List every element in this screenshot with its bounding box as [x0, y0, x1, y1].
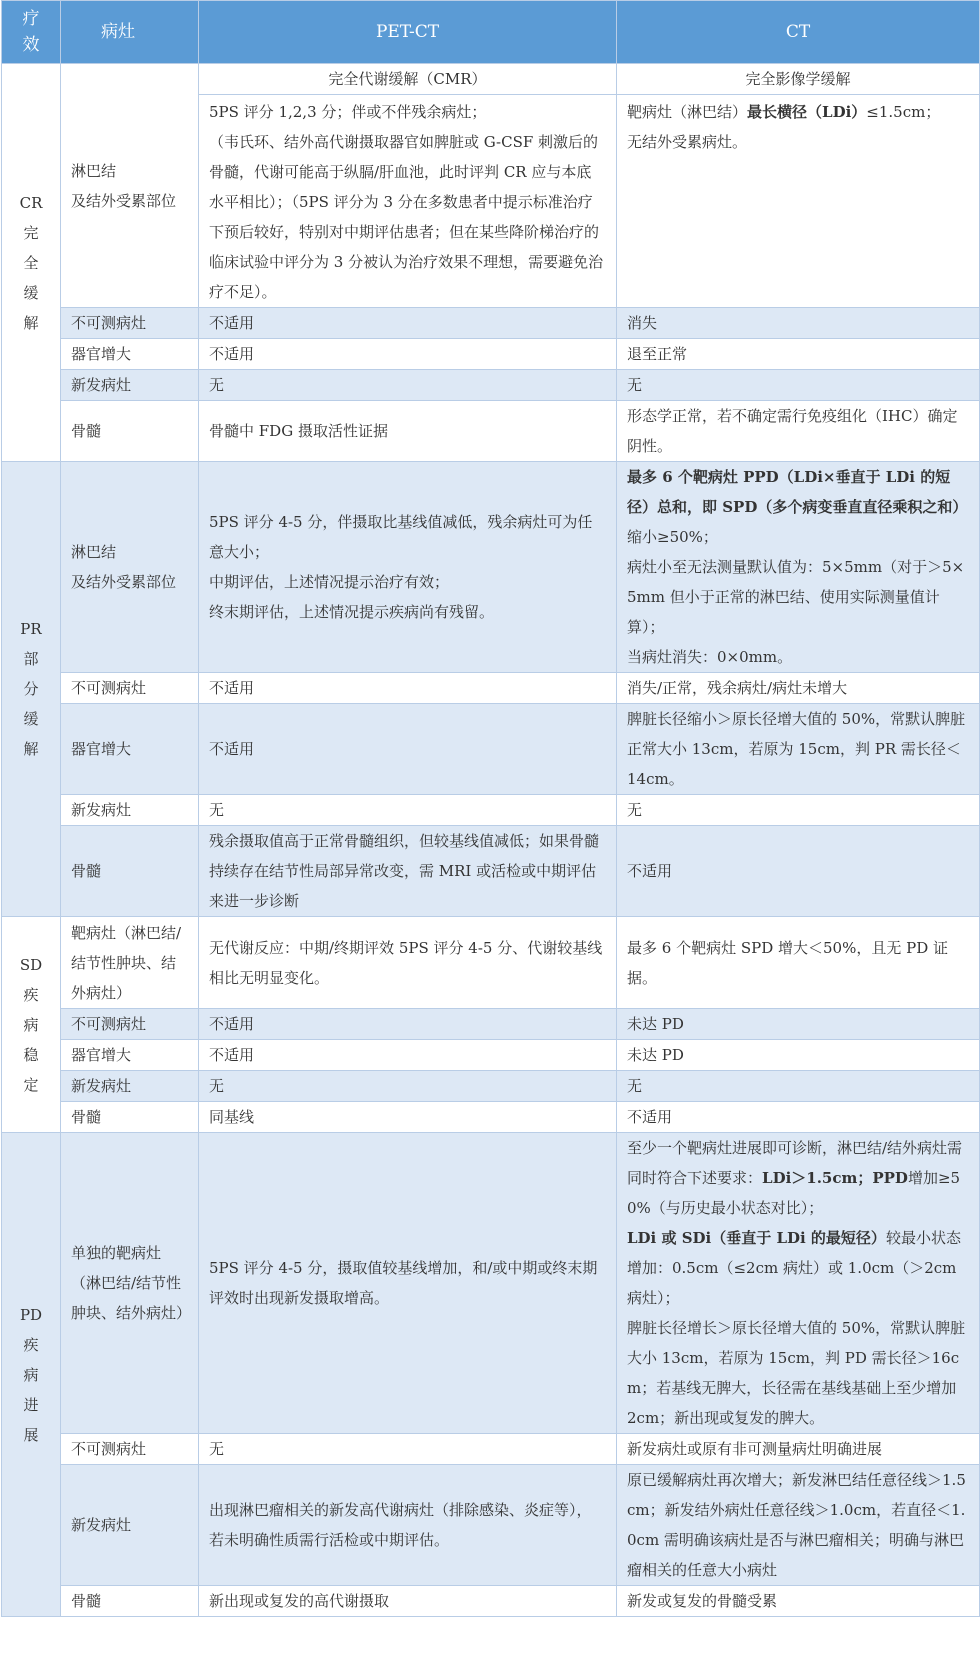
petct-cell: 新出现或复发的高代谢摄取 — [199, 1586, 617, 1617]
petct-cell: 不适用 — [199, 1009, 617, 1040]
ct-cell: 最多 6 个靶病灶 SPD 增大＜50%，且无 PD 证据。 — [617, 917, 980, 1009]
petct-cell: 不适用 — [199, 308, 617, 339]
group-label-pr: PR 部 分 缓 解 — [2, 462, 61, 917]
table-row: 新发病灶 无 无 — [2, 1071, 980, 1102]
table-row: SD 疾 病 稳 定 靶病灶（淋巴结/结节性肿块、结外病灶） 无代谢反应：中期/… — [2, 917, 980, 1009]
ct-cell: 消失 — [617, 308, 980, 339]
table-row: PR 部 分 缓 解 淋巴结 及结外受累部位 5PS 评分 4-5 分，伴摄取比… — [2, 462, 980, 673]
lesion-cell: 新发病灶 — [61, 1071, 199, 1102]
lesion-cell: 骨髓 — [61, 401, 199, 462]
cr-subheader-row: CR 完 全 缓 解 淋巴结 及结外受累部位 完全代谢缓解（CMR） 完全影像学… — [2, 64, 980, 95]
header-ct: CT — [617, 1, 980, 64]
lesion-cell: 新发病灶 — [61, 1465, 199, 1586]
ct-cell: 消失/正常，残余病灶/病灶未增大 — [617, 673, 980, 704]
petct-cell: 5PS 评分 4-5 分，伴摄取比基线值减低，残余病灶可为任意大小； 中期评估，… — [199, 462, 617, 673]
table-row: 新发病灶 无 无 — [2, 370, 980, 401]
lesion-cell: 不可测病灶 — [61, 1434, 199, 1465]
table-row: PD 疾 病 进 展 单独的靶病灶（淋巴结/结节性肿块、结外病灶） 5PS 评分… — [2, 1133, 980, 1434]
table-row: 新发病灶 无 无 — [2, 795, 980, 826]
lesion-cell: 淋巴结 及结外受累部位 — [61, 64, 199, 308]
table-row: 新发病灶 出现淋巴瘤相关的新发高代谢病灶（排除感染、炎症等），若未明确性质需行活… — [2, 1465, 980, 1586]
ct-cell: 脾脏长径缩小＞原长径增大值的 50%，常默认脾脏正常大小 13cm，若原为 15… — [617, 704, 980, 795]
table-row: 不可测病灶 不适用 未达 PD — [2, 1009, 980, 1040]
ct-cell: 不适用 — [617, 826, 980, 917]
table-row: 骨髓 同基线 不适用 — [2, 1102, 980, 1133]
lesion-cell: 新发病灶 — [61, 795, 199, 826]
header-efficacy: 疗效 — [2, 1, 61, 64]
lesion-cell: 骨髓 — [61, 1102, 199, 1133]
lesion-cell: 器官增大 — [61, 704, 199, 795]
lesion-cell: 淋巴结 及结外受累部位 — [61, 462, 199, 673]
petct-cell: 无 — [199, 1071, 617, 1102]
petct-cell: 不适用 — [199, 1040, 617, 1071]
table-row: 骨髓 残余摄取值高于正常骨髓组织，但较基线值减低；如果骨髓持续存在结节性局部异常… — [2, 826, 980, 917]
ct-cell: 退至正常 — [617, 339, 980, 370]
petct-cell: 无 — [199, 1434, 617, 1465]
table-header-row: 疗效 病灶 PET-CT CT — [2, 1, 980, 64]
group-label-cr: CR 完 全 缓 解 — [2, 64, 61, 462]
ct-cell: 新发或复发的骨髓受累 — [617, 1586, 980, 1617]
lesion-cell: 不可测病灶 — [61, 1009, 199, 1040]
group-label-sd: SD 疾 病 稳 定 — [2, 917, 61, 1133]
ct-cell: 无 — [617, 370, 980, 401]
lesion-cell: 新发病灶 — [61, 370, 199, 401]
table-row: 不可测病灶 无 新发病灶或原有非可测量病灶明确进展 — [2, 1434, 980, 1465]
petct-cell: 无 — [199, 370, 617, 401]
ct-cell: 未达 PD — [617, 1009, 980, 1040]
lesion-cell: 靶病灶（淋巴结/结节性肿块、结外病灶） — [61, 917, 199, 1009]
ct-cell: 未达 PD — [617, 1040, 980, 1071]
ct-cell: 无 — [617, 1071, 980, 1102]
petct-cell: 5PS 评分 1,2,3 分；伴或不伴残余病灶； （韦氏环、结外高代谢摄取器官如… — [199, 95, 617, 308]
header-petct: PET-CT — [199, 1, 617, 64]
petct-cell: 5PS 评分 4-5 分，摄取值较基线增加，和/或中期或终末期评效时出现新发摄取… — [199, 1133, 617, 1434]
petct-cell: 同基线 — [199, 1102, 617, 1133]
petct-cell: 不适用 — [199, 339, 617, 370]
group-label-pd: PD 疾 病 进 展 — [2, 1133, 61, 1617]
lesion-cell: 骨髓 — [61, 1586, 199, 1617]
petct-cell: 残余摄取值高于正常骨髓组织，但较基线值减低；如果骨髓持续存在结节性局部异常改变，… — [199, 826, 617, 917]
petct-cell: 不适用 — [199, 673, 617, 704]
lesion-cell: 不可测病灶 — [61, 673, 199, 704]
lesion-cell: 单独的靶病灶（淋巴结/结节性肿块、结外病灶） — [61, 1133, 199, 1434]
table-row: 骨髓 骨髓中 FDG 摄取活性证据 形态学正常，若不确定需行免疫组化（IHC）确… — [2, 401, 980, 462]
ct-cell: 靶病灶（淋巴结）最长横径（LDi）≤1.5cm； 无结外受累病灶。 — [617, 95, 980, 308]
table-row: 器官增大 不适用 脾脏长径缩小＞原长径增大值的 50%，常默认脾脏正常大小 13… — [2, 704, 980, 795]
ct-cell: 至少一个靶病灶进展即可诊断，淋巴结/结外病灶需同时符合下述要求：LDi＞1.5c… — [617, 1133, 980, 1434]
subheader-petct: 完全代谢缓解（CMR） — [199, 64, 617, 95]
table-row: 不可测病灶 不适用 消失 — [2, 308, 980, 339]
lesion-cell: 器官增大 — [61, 1040, 199, 1071]
ct-cell: 原已缓解病灶再次增大；新发淋巴结任意径线＞1.5cm；新发结外病灶任意径线＞1.… — [617, 1465, 980, 1586]
table-row: 骨髓 新出现或复发的高代谢摄取 新发或复发的骨髓受累 — [2, 1586, 980, 1617]
petct-cell: 不适用 — [199, 704, 617, 795]
ct-cell: 最多 6 个靶病灶 PPD（LDi×垂直于 LDi 的短径）总和，即 SPD（多… — [617, 462, 980, 673]
subheader-ct: 完全影像学缓解 — [617, 64, 980, 95]
ct-cell: 不适用 — [617, 1102, 980, 1133]
table-row: 器官增大 不适用 退至正常 — [2, 339, 980, 370]
header-lesion: 病灶 — [61, 1, 199, 64]
ct-cell: 新发病灶或原有非可测量病灶明确进展 — [617, 1434, 980, 1465]
petct-cell: 出现淋巴瘤相关的新发高代谢病灶（排除感染、炎症等），若未明确性质需行活检或中期评… — [199, 1465, 617, 1586]
table-row: 不可测病灶 不适用 消失/正常，残余病灶/病灶未增大 — [2, 673, 980, 704]
petct-cell: 无代谢反应：中期/终期评效 5PS 评分 4-5 分、代谢较基线相比无明显变化。 — [199, 917, 617, 1009]
lesion-cell: 器官增大 — [61, 339, 199, 370]
petct-cell: 骨髓中 FDG 摄取活性证据 — [199, 401, 617, 462]
table-row: 器官增大 不适用 未达 PD — [2, 1040, 980, 1071]
petct-cell: 无 — [199, 795, 617, 826]
response-criteria-table: 疗效 病灶 PET-CT CT CR 完 全 缓 解 淋巴结 及结外受累部位 完… — [1, 0, 980, 1617]
ct-cell: 无 — [617, 795, 980, 826]
lesion-cell: 骨髓 — [61, 826, 199, 917]
ct-cell: 形态学正常，若不确定需行免疫组化（IHC）确定阴性。 — [617, 401, 980, 462]
lesion-cell: 不可测病灶 — [61, 308, 199, 339]
